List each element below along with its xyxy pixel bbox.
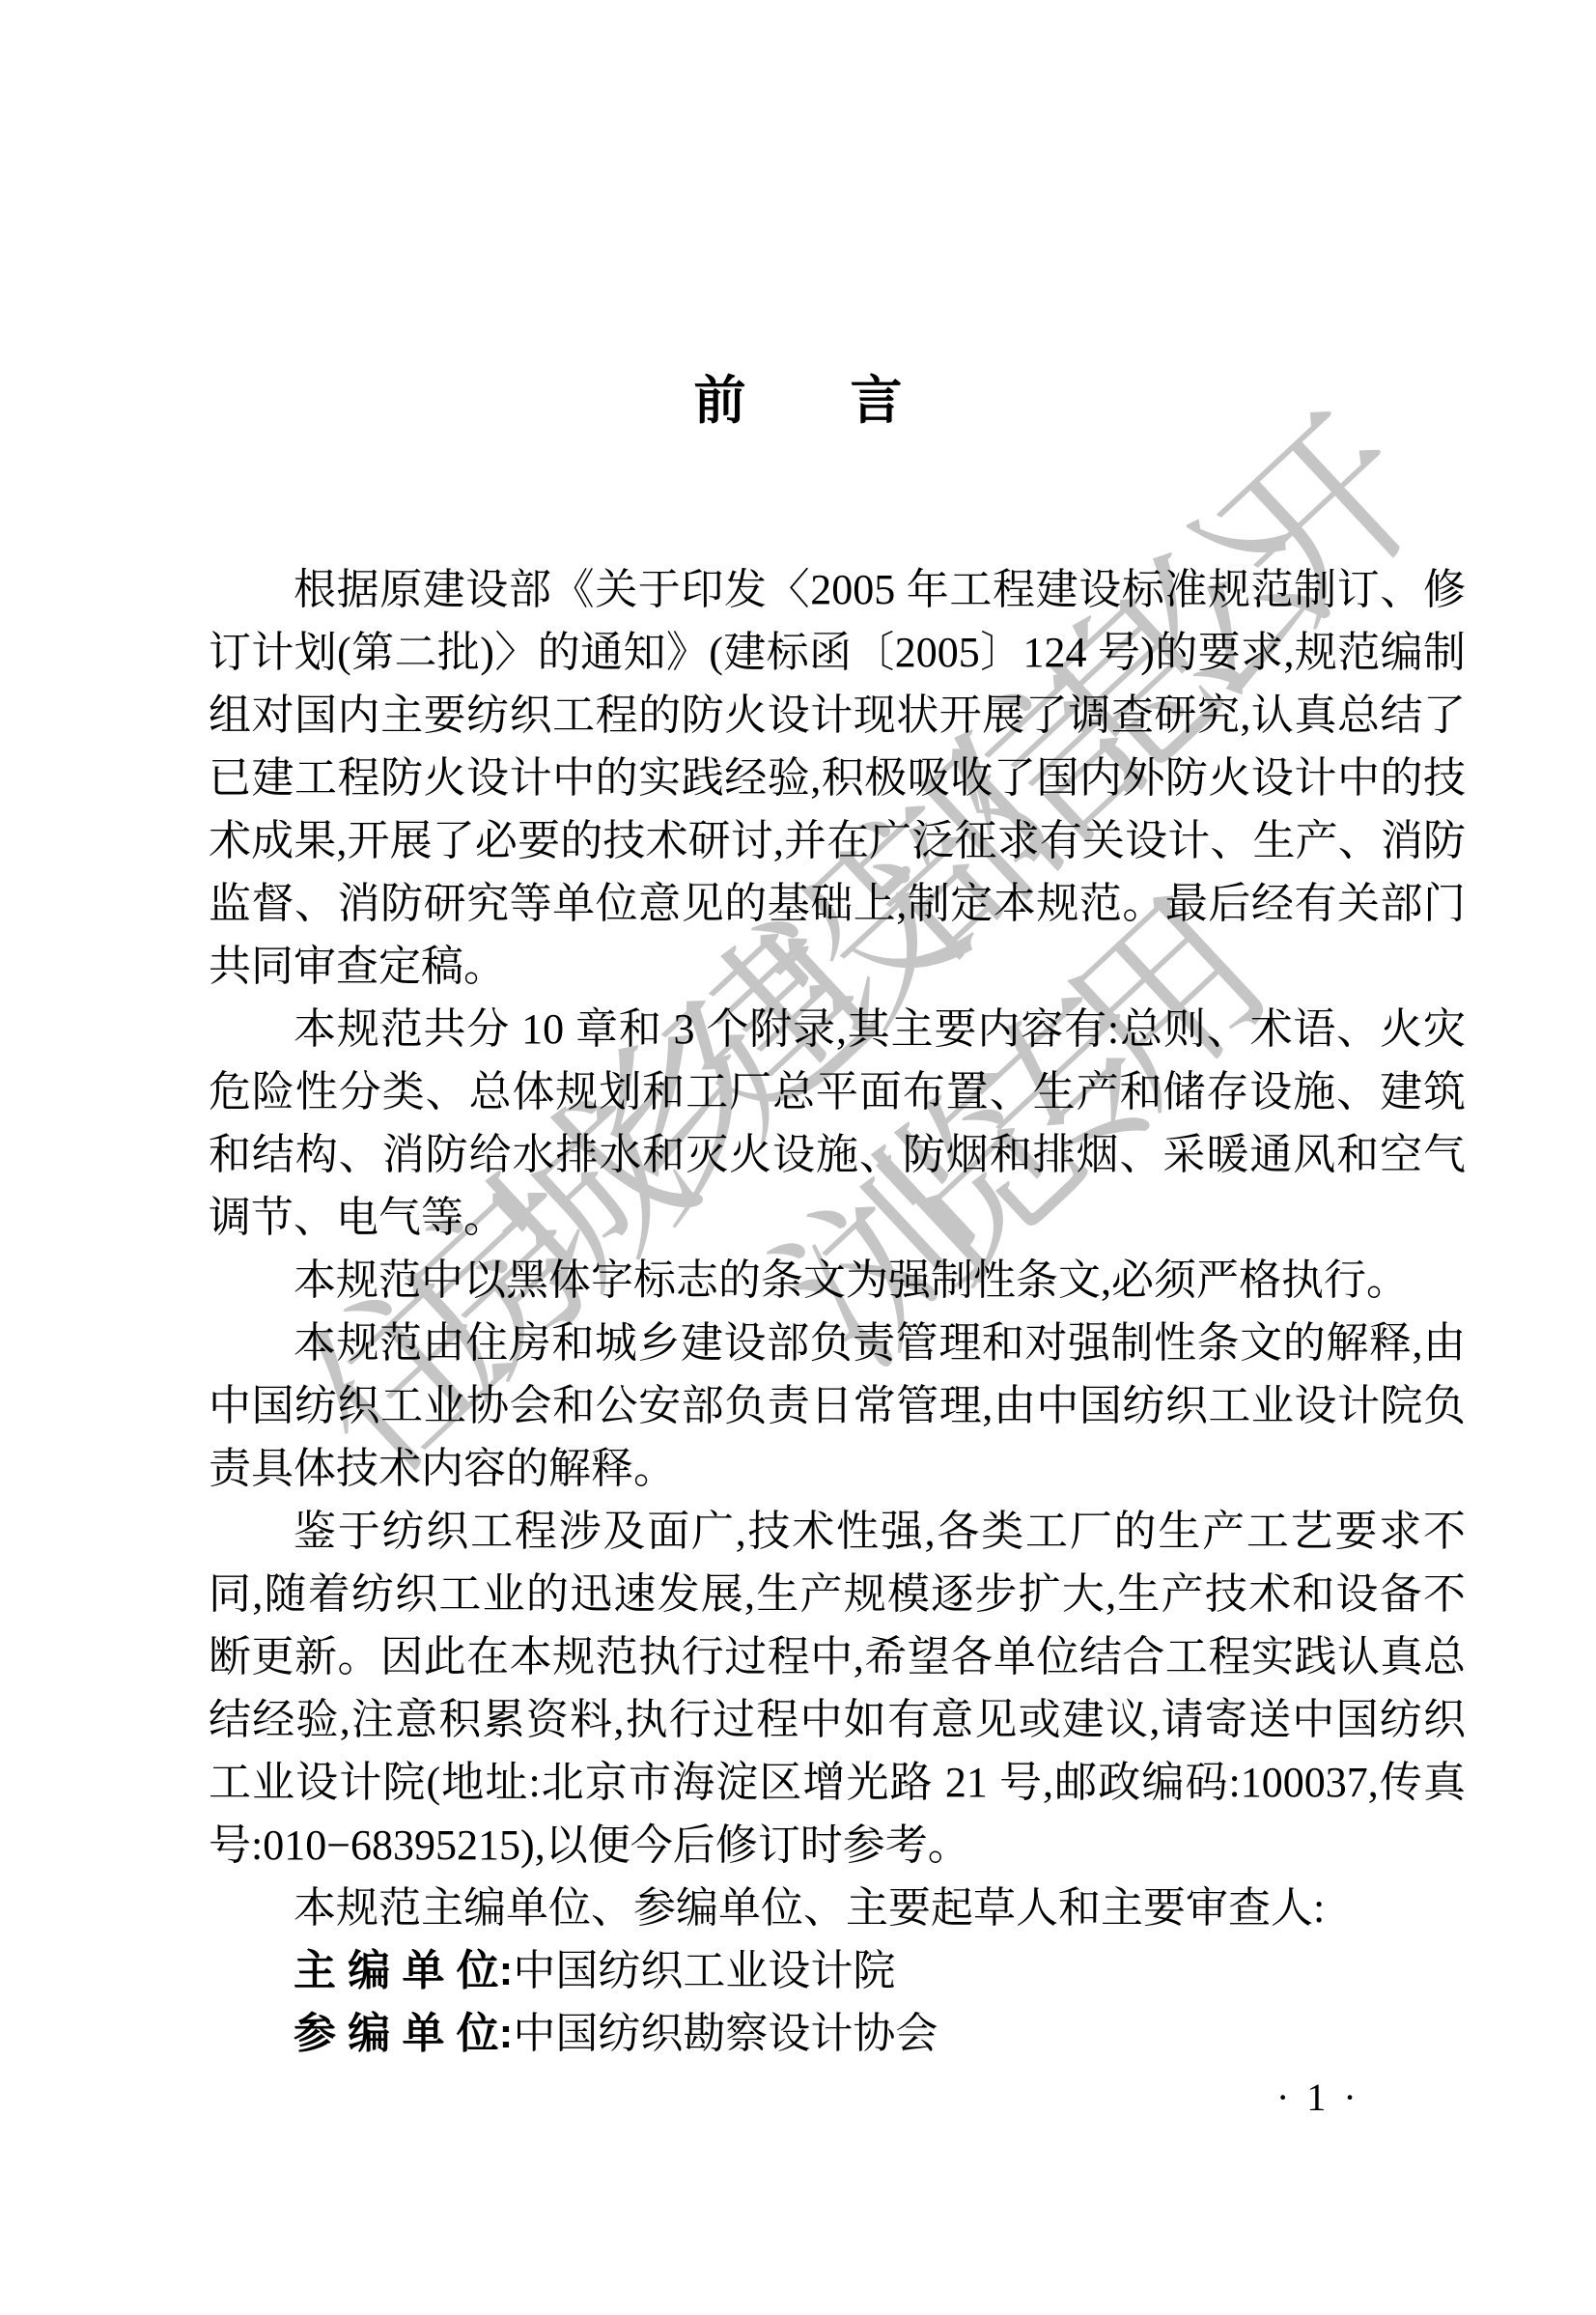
co-editor-label: 参 编 单 位: — [294, 2010, 513, 2057]
paragraph-mandatory-provisions: 本规范中以黑体字标志的条文为强制性条文,必须严格执行。 — [209, 1249, 1466, 1312]
co-editor-line: 参 编 单 位:中国纺织勘察设计协会 — [209, 2002, 1466, 2065]
chief-editor-value: 中国纺织工业设计院 — [513, 1947, 895, 1994]
standard-preface-page: 住房城乡建设部信息公开 浏览专用 前 言 根据原建设部《关于印发〈2005 年工… — [0, 0, 1596, 2315]
paragraph-contents-overview: 本规范共分 10 章和 3 个附录,其主要内容有:总则、术语、火灾危险性分类、总… — [209, 998, 1466, 1249]
paragraph-feedback-address: 鉴于纺织工程涉及面广,技术性强,各类工厂的生产工艺要求不同,随着纺织工业的迅速发… — [209, 1500, 1466, 1877]
co-editor-value: 中国纺织勘察设计协会 — [513, 2010, 938, 2057]
preface-body: 根据原建设部《关于印发〈2005 年工程建设标准规范制订、修订计划(第二批)〉的… — [209, 558, 1466, 2065]
chief-editor-label: 主 编 单 位: — [294, 1947, 513, 1994]
page-number: · 1 · — [1276, 2075, 1360, 2120]
paragraph-units-intro: 本规范主编单位、参编单位、主要起草人和主要审查人: — [209, 1877, 1466, 1939]
paragraph-basis: 根据原建设部《关于印发〈2005 年工程建设标准规范制订、修订计划(第二批)〉的… — [209, 558, 1466, 998]
chief-editor-line: 主 编 单 位:中国纺织工业设计院 — [209, 1939, 1466, 2002]
paragraph-administration: 本规范由住房和城乡建设部负责管理和对强制性条文的解释,由中国纺织工业协会和公安部… — [209, 1312, 1466, 1500]
page-title: 前 言 — [0, 359, 1596, 434]
